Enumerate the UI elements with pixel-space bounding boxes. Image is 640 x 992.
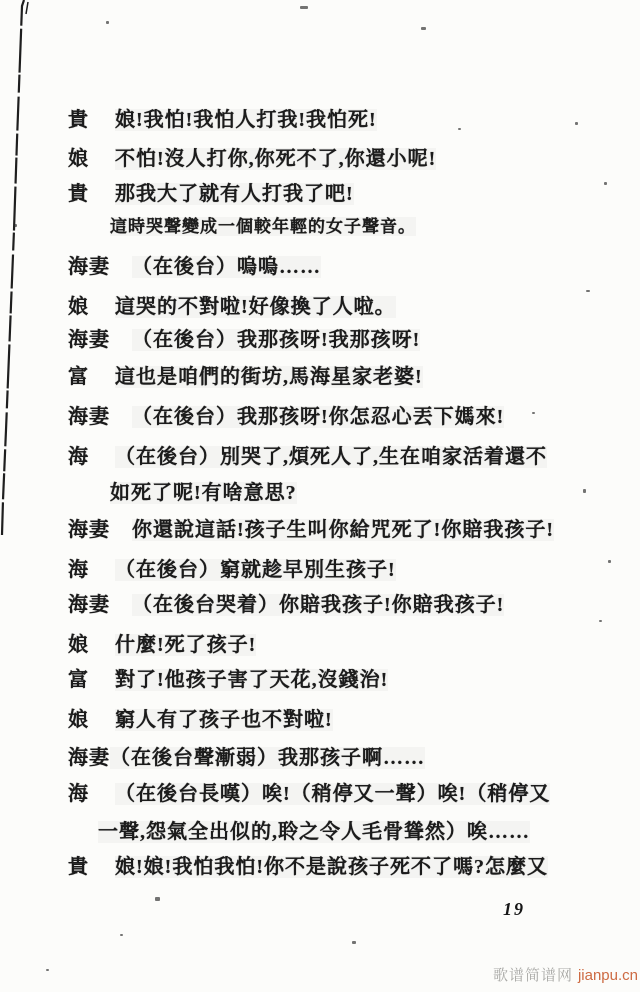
scan-speck bbox=[352, 941, 356, 944]
speaker-label: 海妻 bbox=[68, 746, 110, 770]
dialogue-line: 海（在後台）窮就趁早別生孩子! bbox=[68, 558, 396, 582]
dialogue-line-continuation: 一聲,怨氣全出似的,聆之令人毛骨聳然）唉…… bbox=[68, 820, 530, 844]
dialogue-text: 那我大了就有人打我了吧! bbox=[115, 183, 354, 205]
speaker-label: 海妻 bbox=[68, 255, 110, 279]
speaker-label: 娘 bbox=[68, 633, 115, 657]
speaker-label: 娘 bbox=[68, 147, 115, 171]
scan-speck bbox=[46, 969, 49, 971]
dialogue-text: （在後台）嗚嗚…… bbox=[132, 256, 321, 278]
scan-speck bbox=[608, 560, 611, 563]
scan-speck bbox=[120, 934, 123, 936]
speaker-label: 海妻 bbox=[68, 405, 110, 429]
scan-speck bbox=[106, 21, 109, 24]
dialogue-line: 貴娘!我怕!我怕人打我!我怕死! bbox=[68, 108, 377, 132]
dialogue-text: 娘!我怕!我怕人打我!我怕死! bbox=[115, 109, 377, 131]
speaker-label: 貴 bbox=[68, 108, 115, 132]
dialogue-line: 娘窮人有了孩子也不對啦! bbox=[68, 708, 333, 732]
scan-speck bbox=[575, 122, 578, 125]
dialogue-line: 海妻（在後台）我那孩呀!你怎忍心丟下媽來! bbox=[68, 405, 504, 429]
dialogue-text: 對了!他孩子害了天花,沒錢治! bbox=[115, 669, 388, 691]
stage-direction: 這時哭聲變成一個較年輕的女子聲音。 bbox=[110, 215, 416, 239]
dialogue-line: 海妻你還說這話!孩子生叫你給咒死了!你賠我孩子! bbox=[68, 518, 554, 542]
dialogue-line: 海妻（在後台）我那孩呀!我那孩呀! bbox=[68, 328, 420, 352]
dialogue-text: 這哭的不對啦!好像換了人啦。 bbox=[115, 296, 396, 318]
dialogue-line: 娘不怕!沒人打你,你死不了,你還小呢! bbox=[68, 147, 436, 171]
dialogue-line-continuation: 如死了呢!有啥意思? bbox=[68, 481, 297, 505]
scan-speck bbox=[421, 27, 426, 30]
dialogue-line: 貴娘!娘!我怕我怕!你不是說孩子死不了嗎?怎麼又 bbox=[68, 855, 548, 879]
scanned-script-page: 貴娘!我怕!我怕人打我!我怕死!娘不怕!沒人打你,你死不了,你還小呢!貴那我大了… bbox=[0, 0, 640, 992]
dialogue-text: 如死了呢!有啥意思? bbox=[110, 482, 297, 504]
dialogue-line: 海（在後台長嘆）唉!（稍停又一聲）唉!（稍停又 bbox=[68, 782, 550, 806]
dialogue-text: （在後台）別哭了,煩死人了,生在咱家活着還不 bbox=[115, 446, 547, 468]
speaker-label: 海 bbox=[68, 558, 115, 582]
dialogue-line: 海妻（在後台聲漸弱）我那孩子啊…… bbox=[68, 746, 425, 770]
speaker-label: 娘 bbox=[68, 708, 115, 732]
speaker-label: 海妻 bbox=[68, 593, 110, 617]
dialogue-text: 窮人有了孩子也不對啦! bbox=[115, 709, 333, 731]
watermark: 歌谱简谱网jianpu.cn bbox=[493, 964, 638, 985]
scan-speck bbox=[458, 128, 461, 130]
speaker-label: 海 bbox=[68, 445, 115, 469]
dialogue-text: 你還說這話!孩子生叫你給咒死了!你賠我孩子! bbox=[132, 519, 554, 541]
speaker-label: 富 bbox=[68, 365, 115, 389]
dialogue-text: 一聲,怨氣全出似的,聆之令人毛骨聳然）唉…… bbox=[98, 821, 530, 843]
scan-speck bbox=[155, 897, 160, 901]
scan-speck bbox=[300, 6, 308, 9]
dialogue-text: （在後台）我那孩呀!你怎忍心丟下媽來! bbox=[132, 406, 504, 428]
speaker-label: 海妻 bbox=[68, 328, 110, 352]
scan-speck bbox=[532, 412, 535, 414]
dialogue-text: 不怕!沒人打你,你死不了,你還小呢! bbox=[115, 148, 436, 170]
dialogue-line: 海妻（在後台哭着）你賠我孩子!你賠我孩子! bbox=[68, 593, 504, 617]
dialogue-text: 什麼!死了孩子! bbox=[115, 634, 256, 656]
dialogue-text: （在後台）窮就趁早別生孩子! bbox=[115, 559, 396, 581]
dialogue-text: （在後台長嘆）唉!（稍停又一聲）唉!（稍停又 bbox=[115, 783, 550, 805]
page-number: 19 bbox=[503, 899, 525, 920]
dialogue-text: 這也是咱們的街坊,馬海星家老婆! bbox=[115, 366, 423, 388]
scan-speck bbox=[599, 620, 602, 622]
dialogue-line: 娘這哭的不對啦!好像換了人啦。 bbox=[68, 295, 396, 319]
speaker-label: 富 bbox=[68, 668, 115, 692]
watermark-site-url: jianpu.cn bbox=[578, 967, 638, 984]
speaker-label: 貴 bbox=[68, 182, 115, 206]
dialogue-line: 海妻（在後台）嗚嗚…… bbox=[68, 255, 321, 279]
stage-direction-text: 這時哭聲變成一個較年輕的女子聲音。 bbox=[110, 217, 416, 236]
dialogue-line: 娘什麼!死了孩子! bbox=[68, 633, 256, 657]
scan-speck bbox=[604, 182, 607, 185]
dialogue-line: 富這也是咱們的街坊,馬海星家老婆! bbox=[68, 365, 423, 389]
scan-speck bbox=[14, 224, 17, 227]
dialogue-line: 貴那我大了就有人打我了吧! bbox=[68, 182, 354, 206]
dialogue-line: 海（在後台）別哭了,煩死人了,生在咱家活着還不 bbox=[68, 445, 547, 469]
dialogue-text: 娘!娘!我怕我怕!你不是說孩子死不了嗎?怎麼又 bbox=[115, 856, 548, 878]
scan-speck bbox=[583, 489, 586, 493]
dialogue-line: 富對了!他孩子害了天花,沒錢治! bbox=[68, 668, 388, 692]
watermark-site-name: 歌谱简谱网 bbox=[493, 967, 573, 984]
speaker-label: 海 bbox=[68, 782, 115, 806]
dialogue-text: （在後台哭着）你賠我孩子!你賠我孩子! bbox=[132, 594, 504, 616]
speaker-label: 貴 bbox=[68, 855, 115, 879]
scan-gutter-line-artifact bbox=[0, 0, 34, 545]
scan-speck bbox=[586, 290, 590, 292]
dialogue-text: （在後台聲漸弱）我那孩子啊…… bbox=[110, 747, 425, 769]
speaker-label: 娘 bbox=[68, 295, 115, 319]
speaker-label: 海妻 bbox=[68, 518, 110, 542]
dialogue-text: （在後台）我那孩呀!我那孩呀! bbox=[132, 329, 420, 351]
